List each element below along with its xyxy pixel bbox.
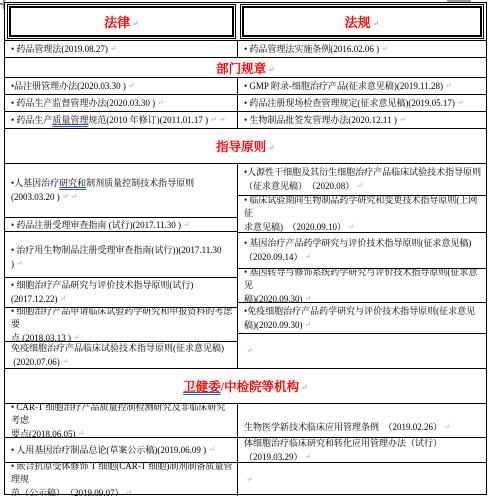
dept-rule-cell: • 药品注册现场检查管理规定(征求意见稿)(2019.05.17) [238,95,486,111]
law-item-cell: • 药品管理法(2019.08.27) [5,41,238,57]
paragraph-mark [244,473,253,487]
dept-rule-item: • 药品生产监督管理办法(2020.03.30 ) [11,96,164,110]
nhc-doc-item: 生物医学新技术临床应用管理条例 （2019.02.26） [244,420,451,434]
nhc-doc-item: 体细胞治疗临床研究和转化应用管理办法（试行） （2019.03.29） [244,438,483,463]
empty-cell [238,334,486,368]
nhc-doc-item: • 人用基因治疗制品总论(草案公示稿)(2019.06.09 ) [11,443,215,457]
dept-rule-cell: •品注册管理办法(2020.03.30 ) [5,78,238,94]
guideline-item: •免疫细胞治疗产品药学研究与评价技术指导原则(征求意见 稿)(2020.09.3… [244,305,475,332]
grammar-underline: 研究和 [59,178,86,188]
guideline-item: • 基因治疗产品药学研究与评价技术指导原则(征求意见稿) （2020.09.14… [244,237,471,264]
regulations-header-label: 法规 [345,12,380,31]
guideline-cell: • 临床试验期间生物制品药学研究和变更技术指导原则(上网征 求意见稿) （202… [238,196,486,233]
nhc-left-column: • CAR-T 细胞治疗产品质量控制检测研究及非临床研究考虑 要点(2018.0… [5,404,238,496]
regulation-item: • 药品管理法实施条例(2016.02.06 ) [244,42,388,56]
nhc-doc-cell: 生物医学新技术临床应用管理条例 （2019.02.26） [238,404,486,438]
nhc-body: • CAR-T 细胞治疗产品质量控制检测研究及非临床研究考虑 要点(2018.0… [5,404,486,496]
dept-rules-section-title: 部门规章 [5,58,486,78]
guideline-cell: • 细胞治疗产品研究与评价技术指导原则(试行)(2017.12.22) [5,278,237,308]
guiding-principles-body: •人基因治疗研究和制剂质量控制技术指导原则(2003.03.20 ) • 药品注… [5,164,486,369]
laws-header-label: 法律 [104,12,139,31]
nhc-doc-item: • CAR-T 细胞治疗产品质量控制检测研究及非临床研究考虑 要点(2018.0… [11,404,234,438]
guideline-cell: • 基因转导与修饰系统药学研究与评价技术指导原则(征求意见 稿)(2020.09… [238,269,486,303]
regulation-item-cell: • 药品管理法实施条例(2016.02.06 ) [238,41,486,57]
guideline-item: •人基因治疗研究和制剂质量控制技术指导原则(2003.03.20 ) [11,177,234,204]
guideline-item: • 细胞治疗产品研究与评价技术指导原则(试行)(2017.12.22) [11,279,234,306]
dept-rule-cell: • GMP 附录-细胞治疗产品(征求意见稿)(2019.11.28) [238,78,486,94]
guideline-cell: • 治疗用生物制品注册受理审查指南(试行))(2017.11.30 ) [5,232,237,278]
paragraph-mark [244,344,253,358]
dept-rules-title-label: 部门规章 [216,59,275,77]
guideline-cell: •人基因治疗研究和制剂质量控制技术指导原则(2003.03.20 ) [5,164,237,218]
guideline-cell: • 基因治疗产品药学研究与评价技术指导原则(征求意见稿) （2020.09.14… [238,233,486,269]
empty-cell [238,463,486,496]
guideline-item: • 临床试验期间生物制品药学研究和变更技术指导原则(上网征 求意见稿) （202… [244,196,483,233]
regulations-header-cell: 法规 [240,4,484,39]
laws-header-cell: 法律 [7,4,236,39]
guiding-left-column: •人基因治疗研究和制剂质量控制技术指导原则(2003.03.20 ) • 药品注… [5,164,238,368]
guideline-item: • 药品注册受理审查指南 (试行)(2017.11.30 ) [11,218,190,232]
laws-header-row: 法律 法规 [5,3,486,41]
grammar-underline: 卫健委 [183,380,221,394]
guideline-cell: • 药品注册受理审查指南 (试行)(2017.11.30 ) [5,218,237,232]
dept-rule-cell: • 药品生产监督管理办法(2020.03.30 ) [5,95,238,111]
guideline-cell: • 细胞治疗产品申请临床试验药学研究和申报资料的考虑要 点 (2018.03.1… [5,308,237,342]
law-item: • 药品管理法(2019.08.27) [11,42,117,56]
nhc-doc-cell: • 嵌合抗原受体修饰 T 细胞(CAR-T 细胞)制剂制备质量管理规 范（公示稿… [5,463,237,496]
dept-rules-row: • 药品生产质量管理规范(2010 年修订)(2011.01.17 ) • 生物… [5,112,486,129]
guideline-cell: 免疫细胞治疗产品临床试验技术指导原则(征求意见稿) (2020.07.06) [5,342,237,368]
document-page: 法律 法规 • 药品管理法(2019.08.27) • 药品管理法实施条例(20… [0,0,495,502]
nhc-doc-cell: • CAR-T 细胞治疗产品质量控制检测研究及非临床研究考虑 要点(2018.0… [5,404,237,438]
grammar-underline: 质量管理 [52,115,88,125]
guideline-cell: •免疫细胞治疗产品药学研究与评价技术指导原则(征求意见 稿)(2020.09.3… [238,303,486,334]
guiding-principles-title-label: 指导原则 [216,137,275,155]
nhc-section-title: 卫健委/中检院等机构 [5,369,486,404]
nhc-doc-cell: 体细胞治疗临床研究和转化应用管理办法（试行） （2019.03.29） [238,438,486,463]
guideline-item: • 细胞治疗产品申请临床试验药学研究和申报资料的考虑要 点 (2018.03.1… [11,308,234,342]
nhc-right-column: 生物医学新技术临床应用管理条例 （2019.02.26） 体细胞治疗临床研究和转… [238,404,486,496]
nhc-doc-item: • 嵌合抗原受体修饰 T 细胞(CAR-T 细胞)制剂制备质量管理规 范（公示稿… [11,463,234,496]
guideline-cell: •人源性干细胞及其衍生细胞治疗产品临床试验技术指导原则 （征求意见稿） （202… [238,164,486,196]
dept-rules-row: • 药品生产监督管理办法(2020.03.30 ) • 药品注册现场检查管理规定… [5,95,486,112]
dept-rule-item: • GMP 附录-细胞治疗产品(征求意见稿)(2019.11.28) [244,79,452,93]
dept-rule-cell: • 生物制品批签发管理办法(2020.12.11 ) [238,112,486,128]
dept-rule-item: • 药品注册现场检查管理规定(征求意见稿)(2019.05.17) [244,96,464,110]
regulations-table: 法律 法规 • 药品管理法(2019.08.27) • 药品管理法实施条例(20… [4,2,487,495]
guiding-principles-section-title: 指导原则 [5,129,486,164]
guideline-item: • 治疗用生物制品注册受理审查指南(试行))(2017.11.30 ) [11,244,234,271]
guiding-right-column: •人源性干细胞及其衍生细胞治疗产品临床试验技术指导原则 （征求意见稿） （202… [238,164,486,368]
dept-rule-cell: • 药品生产质量管理规范(2010 年修订)(2011.01.17 ) [5,112,238,128]
nhc-title-label: 卫健委/中检院等机构 [183,377,308,395]
dept-rule-item: • 药品生产质量管理规范(2010 年修订)(2011.01.17 ) [11,113,225,127]
dept-rules-row: •品注册管理办法(2020.03.30 ) • GMP 附录-细胞治疗产品(征求… [5,78,486,95]
guideline-item: • 基因转导与修饰系统药学研究与评价技术指导原则(征求意见 稿)(2020.09… [244,269,483,303]
dept-rule-item: • 生物制品批签发管理办法(2020.12.11 ) [244,113,406,127]
guideline-item: 免疫细胞治疗产品临床试验技术指导原则(征求意见稿) (2020.07.06) [11,342,224,368]
nhc-doc-cell: • 人用基因治疗制品总论(草案公示稿)(2019.06.09 ) [5,438,237,463]
law-row: • 药品管理法(2019.08.27) • 药品管理法实施条例(2016.02.… [5,41,486,58]
dept-rule-item: •品注册管理办法(2020.03.30 ) [11,79,135,93]
guideline-item: •人源性干细胞及其衍生细胞治疗产品临床试验技术指导原则 （征求意见稿） （202… [244,166,481,193]
